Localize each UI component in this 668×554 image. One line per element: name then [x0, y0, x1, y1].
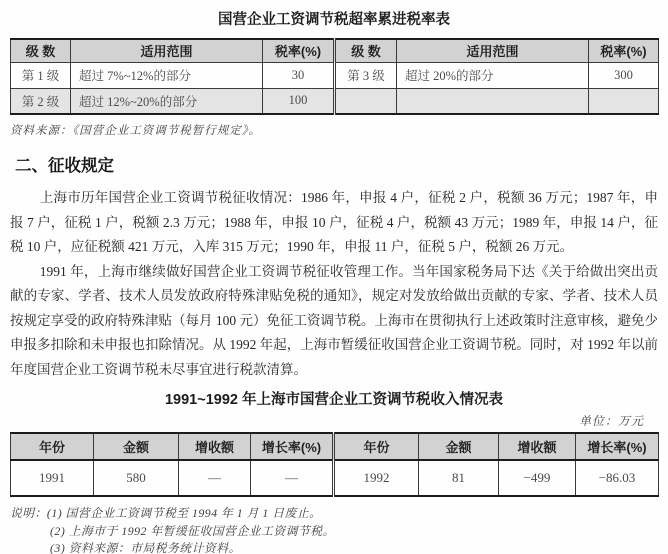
column-header: 税率(%) — [263, 39, 335, 62]
table-cell: 第 3 级 — [335, 62, 397, 88]
paragraph-collection-history: 上海市历年国营企业工资调节税征收情况：1986 年，申报 4 户，征税 2 户，… — [10, 186, 658, 260]
column-header: 增长率(%) — [576, 433, 659, 460]
table1-header-row: 级 数 适用范围 税率(%) 级 数 适用范围 税率(%) — [11, 39, 659, 62]
column-header: 年份 — [11, 433, 94, 460]
table-cell: 超过 20%的部分 — [397, 62, 589, 88]
table-row: 第 2 级 超过 12%~20%的部分 100 — [11, 88, 659, 114]
table-cell — [589, 88, 659, 114]
table-row: 第 1 级 超过 7%~12%的部分 30 第 3 级 超过 20%的部分 30… — [11, 62, 659, 88]
table-cell: 300 — [589, 62, 659, 88]
table1-title: 国营企业工资调节税超率累进税率表 — [10, 10, 658, 30]
table-cell: 580 — [94, 460, 179, 496]
column-header: 增长率(%) — [251, 433, 334, 460]
table-cell: 超过 7%~12%的部分 — [71, 62, 263, 88]
table-cell: −86.03 — [576, 460, 659, 496]
table-cell — [397, 88, 589, 114]
table-cell: 81 — [419, 460, 499, 496]
document-page: 国营企业工资调节税超率累进税率表 级 数 适用范围 税率(%) 级 数 适用范围… — [0, 0, 668, 554]
column-header: 级 数 — [11, 39, 71, 62]
column-header: 年份 — [334, 433, 419, 460]
table2-notes: 说明：(1) 国营企业工资调节税至 1994 年 1 月 1 日废止。 (2) … — [10, 505, 658, 554]
note-line: 说明：(1) 国营企业工资调节税至 1994 年 1 月 1 日废止。 — [10, 505, 658, 523]
unit-label: 单位：万元 — [10, 413, 658, 429]
table-cell: — — [179, 460, 251, 496]
table-row: 1991 580 — — 1992 81 −499 −86.03 — [11, 460, 659, 496]
table1-source-note: 资料来源：《国营企业工资调节税暂行规定》。 — [10, 122, 658, 138]
table2-title: 1991~1992 年上海市国营企业工资调节税收入情况表 — [10, 390, 658, 410]
column-header: 适用范围 — [397, 39, 589, 62]
note-line: (2) 上海市于 1992 年暂缓征收国营企业工资调节税。 — [10, 523, 658, 541]
column-header: 适用范围 — [71, 39, 263, 62]
table-cell: — — [251, 460, 334, 496]
table-cell: 100 — [263, 88, 335, 114]
table-cell: 30 — [263, 62, 335, 88]
table-cell — [335, 88, 397, 114]
table-cell: 超过 12%~20%的部分 — [71, 88, 263, 114]
column-header: 金额 — [419, 433, 499, 460]
table-cell: 1992 — [334, 460, 419, 496]
column-header: 增收额 — [179, 433, 251, 460]
column-header: 金额 — [94, 433, 179, 460]
table-cell: 第 2 级 — [11, 88, 71, 114]
table-cell: 1991 — [11, 460, 94, 496]
column-header: 增收额 — [499, 433, 576, 460]
table-cell: −499 — [499, 460, 576, 496]
table-cell: 第 1 级 — [11, 62, 71, 88]
tax-rate-table: 级 数 适用范围 税率(%) 级 数 适用范围 税率(%) 第 1 级 超过 7… — [10, 38, 659, 115]
column-header: 级 数 — [335, 39, 397, 62]
note-line: (3) 资料来源：市局税务统计资料。 — [10, 540, 658, 554]
paragraph-1991-policy: 1991 年，上海市继续做好国营企业工资调节税征收管理工作。当年国家税务局下达《… — [10, 260, 658, 383]
income-table: 年份 金额 增收额 增长率(%) 年份 金额 增收额 增长率(%) 1991 5… — [10, 432, 659, 497]
section-heading: 二、征收规定 — [10, 155, 658, 177]
column-header: 税率(%) — [589, 39, 659, 62]
table2-header-row: 年份 金额 增收额 增长率(%) 年份 金额 增收额 增长率(%) — [11, 433, 659, 460]
